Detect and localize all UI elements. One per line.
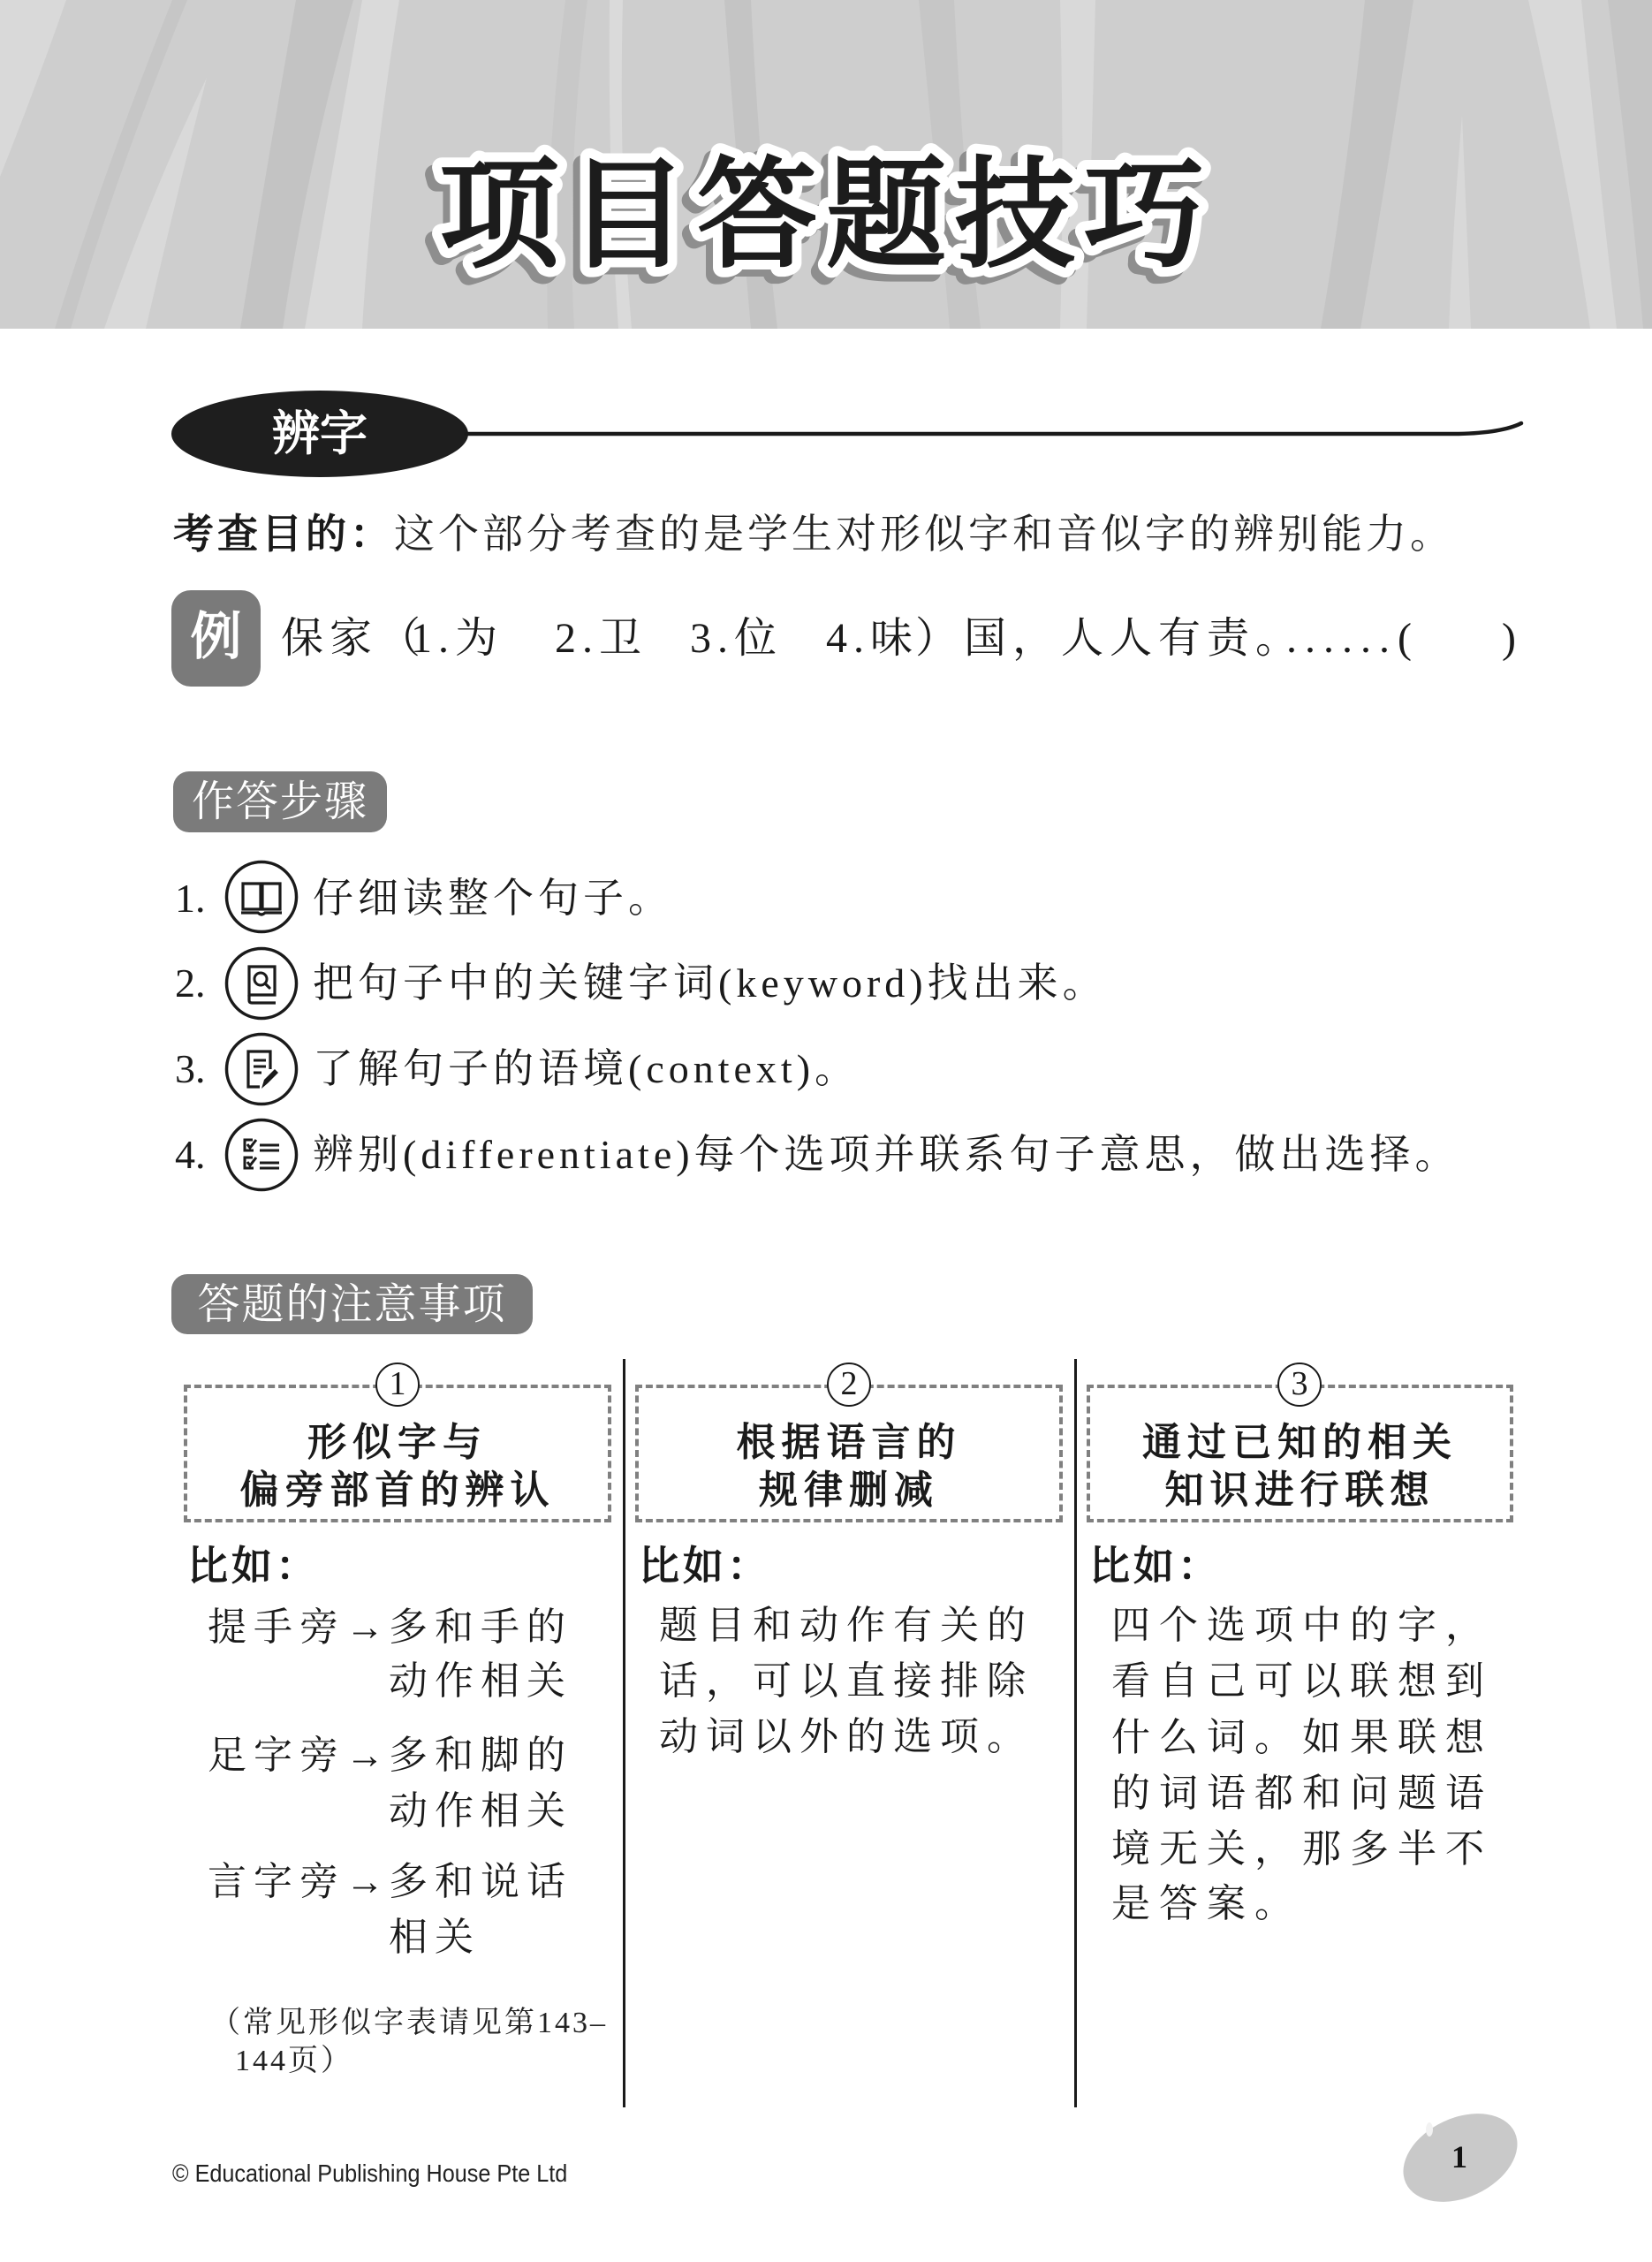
book-search-icon xyxy=(224,946,299,1021)
radical-lead: 言字旁→ xyxy=(208,1856,391,1909)
example-text-start: 保家（ xyxy=(281,612,427,665)
tip-body-line: 的词语都和问题语 xyxy=(1111,1767,1493,1820)
tip-body-line: 题目和动作有关的 xyxy=(659,1599,1034,1652)
tip-body-line: 境无关，那多半不 xyxy=(1111,1823,1493,1876)
reference-note: 144页） xyxy=(235,2042,353,2081)
section-rule-line xyxy=(466,423,1521,434)
tip-number-badge: 2 xyxy=(827,1363,871,1407)
example-option-3: 3.位 xyxy=(690,612,783,665)
tip-body-line: 是答案。 xyxy=(1111,1878,1302,1931)
checklist-icon xyxy=(224,1118,299,1192)
tip-title-line: 偏旁部首的辨认 xyxy=(184,1467,611,1514)
tips-heading: 答题的注意事项 xyxy=(171,1274,533,1334)
step-text: 了解句子的语境(context)。 xyxy=(313,1043,860,1096)
example-label: 比如： xyxy=(187,1540,320,1593)
radical-lead: 足字旁→ xyxy=(208,1729,391,1782)
example-text-end: ）国，人人有责。 xyxy=(915,612,1304,665)
step-number: 4. xyxy=(175,1128,206,1181)
open-book-icon xyxy=(224,860,299,934)
answer-blank-close: ) xyxy=(1502,612,1522,665)
copyright-notice: © Educational Publishing House Pte Ltd xyxy=(172,2158,567,2190)
tip-title-line: 形似字与 xyxy=(184,1419,611,1467)
column-divider xyxy=(623,1359,625,2107)
step-text: 仔细读整个句子。 xyxy=(313,872,673,925)
step-text: 把句子中的关键字词(keyword)找出来。 xyxy=(313,957,1108,1010)
radical-explanation: 多和脚的 xyxy=(389,1729,572,1782)
radical-lead: 提手旁→ xyxy=(208,1601,391,1654)
column-divider xyxy=(1074,1359,1077,2107)
tip-body-line: 什么词。如果联想 xyxy=(1111,1712,1493,1765)
example-option-1: 1.为 xyxy=(411,612,504,665)
tip-body-line: 话，可以直接排除 xyxy=(659,1655,1034,1708)
example-label: 比如： xyxy=(639,1540,771,1593)
step-number: 1. xyxy=(175,872,206,925)
objective-text: 这个部分考查的是学生对形似字和音似字的辨别能力。 xyxy=(394,510,1454,558)
tip-body-line: 四个选项中的字， xyxy=(1111,1599,1493,1652)
radical-explanation: 相关 xyxy=(389,1911,481,1964)
tip-title-line: 知识进行联想 xyxy=(1087,1467,1513,1514)
radical-explanation: 动作相关 xyxy=(389,1655,572,1708)
example-option-2: 2.卫 xyxy=(555,612,648,665)
example-option-4: 4.味 xyxy=(826,612,919,665)
steps-heading: 作答步骤 xyxy=(173,771,387,832)
example-badge: 例 xyxy=(171,590,261,687)
tip-title-line: 规律删减 xyxy=(635,1467,1063,1514)
answer-blank-open: ......( xyxy=(1286,612,1420,665)
radical-explanation: 多和手的 xyxy=(389,1601,572,1654)
tip-title-line: 根据语言的 xyxy=(635,1419,1063,1467)
radical-explanation: 多和说话 xyxy=(389,1856,572,1909)
page-number: 1 xyxy=(1440,2137,1479,2177)
section-tag-label: 辨字 xyxy=(171,403,468,465)
tip-title-line: 通过已知的相关 xyxy=(1087,1419,1513,1467)
tip-number-badge: 3 xyxy=(1277,1363,1322,1407)
page-title: 项目答题技巧 xyxy=(439,146,1213,285)
step-number: 2. xyxy=(175,957,206,1010)
tip-body-line: 看自己可以联想到 xyxy=(1111,1655,1493,1708)
reference-note: （常见形似字表请见第143– xyxy=(210,2004,608,2043)
step-number: 3. xyxy=(175,1043,206,1096)
header-banner: 项目答题技巧 项目答题技巧 项目答题技巧 xyxy=(0,0,1652,329)
objective-label: 考查目的： xyxy=(173,510,394,558)
document-edit-icon xyxy=(224,1032,299,1106)
radical-explanation: 动作相关 xyxy=(389,1785,572,1838)
objective-line: 考查目的：这个部分考查的是学生对形似字和音似字的辨别能力。 xyxy=(173,507,1454,560)
step-text: 辨别(differentiate)每个选项并联系句子意思，做出选择。 xyxy=(313,1128,1460,1181)
example-label: 比如： xyxy=(1089,1540,1222,1593)
tip-number-badge: 1 xyxy=(375,1363,420,1407)
tip-body-line: 动词以外的选项。 xyxy=(659,1711,1034,1764)
